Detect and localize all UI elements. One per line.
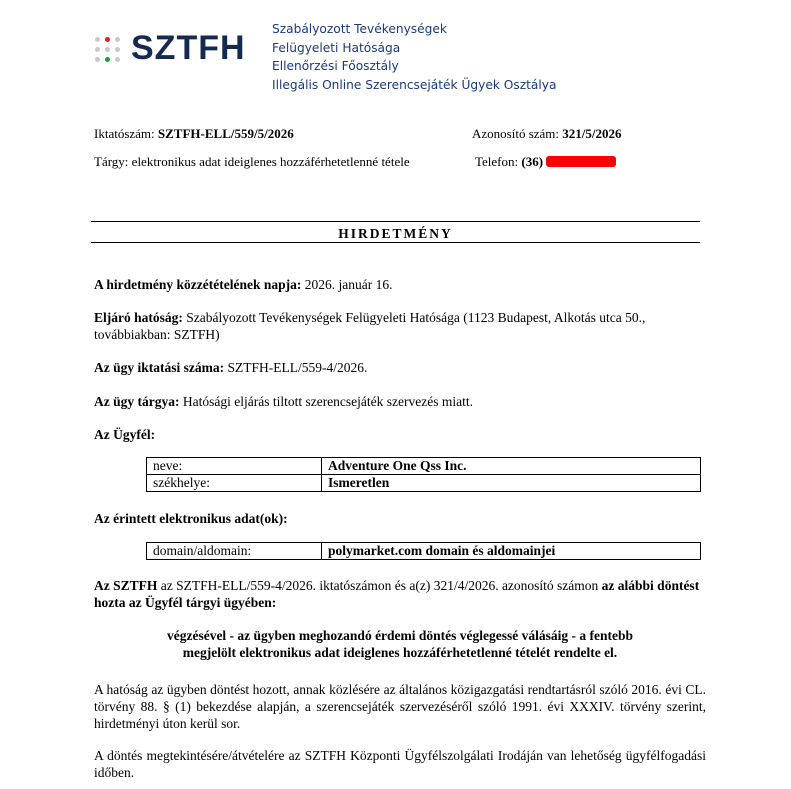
- iktatoszam: Iktatószám: SZTFH-ELL/559/5/2026: [94, 126, 294, 142]
- azonosito-label: Azonosító szám:: [472, 126, 562, 141]
- iktatoszam-value: SZTFH-ELL/559/5/2026: [158, 126, 294, 141]
- green-dot: [105, 57, 110, 62]
- telefon-label: Telefon:: [475, 154, 521, 169]
- org-line: Illegális Online Szerencsejáték Ügyek Os…: [272, 76, 556, 95]
- case-number-label: Az ügy iktatási száma:: [94, 360, 224, 375]
- client-name-key: neve:: [147, 458, 322, 475]
- domain-value: polymarket.com domain és aldomainjei: [322, 543, 701, 560]
- inspection-paragraph: A döntés megtekintésére/átvételére az SZ…: [94, 747, 706, 781]
- table-row: székhelye: Ismeretlen: [147, 475, 701, 492]
- title-rule-bottom: [91, 242, 700, 243]
- organization-name: Szabályozott Tevékenységek Felügyeleti H…: [272, 20, 556, 94]
- targy-value: elektronikus adat ideiglenes hozzáférhet…: [132, 154, 410, 169]
- order-statement: végzésével - az ügyben meghozandó érdemi…: [94, 627, 706, 661]
- affected-data-label: Az érintett elektronikus adat(ok):: [94, 511, 288, 526]
- authority-label: Eljáró hatóság:: [94, 310, 183, 325]
- logo-wordmark: SZTFH: [131, 28, 246, 68]
- table-row: neve: Adventure One Qss Inc.: [147, 458, 701, 475]
- client-heading-label: Az Ügyfél:: [94, 427, 155, 442]
- org-line: Szabályozott Tevékenységek: [272, 20, 556, 39]
- affected-data-table: domain/aldomain: polymarket.com domain é…: [146, 542, 701, 560]
- decision-text: az SZTFH-ELL/559-4/2026. iktatószámon és…: [157, 578, 601, 593]
- azonosito-szam: Azonosító szám: 321/5/2026: [472, 126, 622, 142]
- red-dot: [105, 37, 110, 42]
- decision-subject: Az SZTFH: [94, 578, 157, 593]
- publication-date: A hirdetmény közzétételének napja: 2026.…: [94, 276, 706, 293]
- table-row: domain/aldomain: polymarket.com domain é…: [147, 543, 701, 560]
- affected-data-heading: Az érintett elektronikus adat(ok):: [94, 510, 706, 527]
- case-subject-value: Hatósági eljárás tiltott szerencsejáték …: [179, 394, 473, 409]
- decision-paragraph: Az SZTFH az SZTFH-ELL/559-4/2026. iktató…: [94, 577, 706, 611]
- client-table: neve: Adventure One Qss Inc. székhelye: …: [146, 457, 701, 492]
- order-line: végzésével - az ügyben meghozandó érdemi…: [94, 627, 706, 644]
- org-line: Ellenőrzési Főosztály: [272, 57, 556, 76]
- notification-paragraph: A hatóság az ügyben döntést hozott, anna…: [94, 681, 706, 732]
- targy: Tárgy: elektronikus adat ideiglenes hozz…: [94, 154, 410, 170]
- telefon: Telefon: (36): [475, 154, 616, 170]
- azonosito-value: 321/5/2026: [562, 126, 621, 141]
- client-heading: Az Ügyfél:: [94, 426, 706, 443]
- case-subject-label: Az ügy tárgya:: [94, 394, 179, 409]
- client-seat-key: székhelye:: [147, 475, 322, 492]
- case-subject: Az ügy tárgya: Hatósági eljárás tiltott …: [94, 393, 706, 410]
- redaction-mark: [546, 156, 616, 167]
- domain-key: domain/aldomain:: [147, 543, 322, 560]
- page-title: HIRDETMÉNY: [91, 226, 700, 242]
- client-seat-value: Ismeretlen: [322, 475, 701, 492]
- case-number-value: SZTFH-ELL/559-4/2026.: [224, 360, 367, 375]
- title-rule-top: [91, 221, 700, 222]
- publication-date-label: A hirdetmény közzétételének napja:: [94, 277, 301, 292]
- proceeding-authority: Eljáró hatóság: Szabályozott Tevékenység…: [94, 309, 706, 343]
- targy-label: Tárgy:: [94, 154, 132, 169]
- iktatoszam-label: Iktatószám:: [94, 126, 158, 141]
- org-line: Felügyeleti Hatósága: [272, 39, 556, 58]
- telefon-prefix: (36): [521, 154, 543, 169]
- case-number: Az ügy iktatási száma: SZTFH-ELL/559-4/2…: [94, 359, 706, 376]
- client-name-value: Adventure One Qss Inc.: [322, 458, 701, 475]
- publication-date-value: 2026. január 16.: [301, 277, 392, 292]
- dot-grid-icon: [95, 35, 125, 65]
- order-line: megjelölt elektronikus adat ideiglenes h…: [94, 644, 706, 661]
